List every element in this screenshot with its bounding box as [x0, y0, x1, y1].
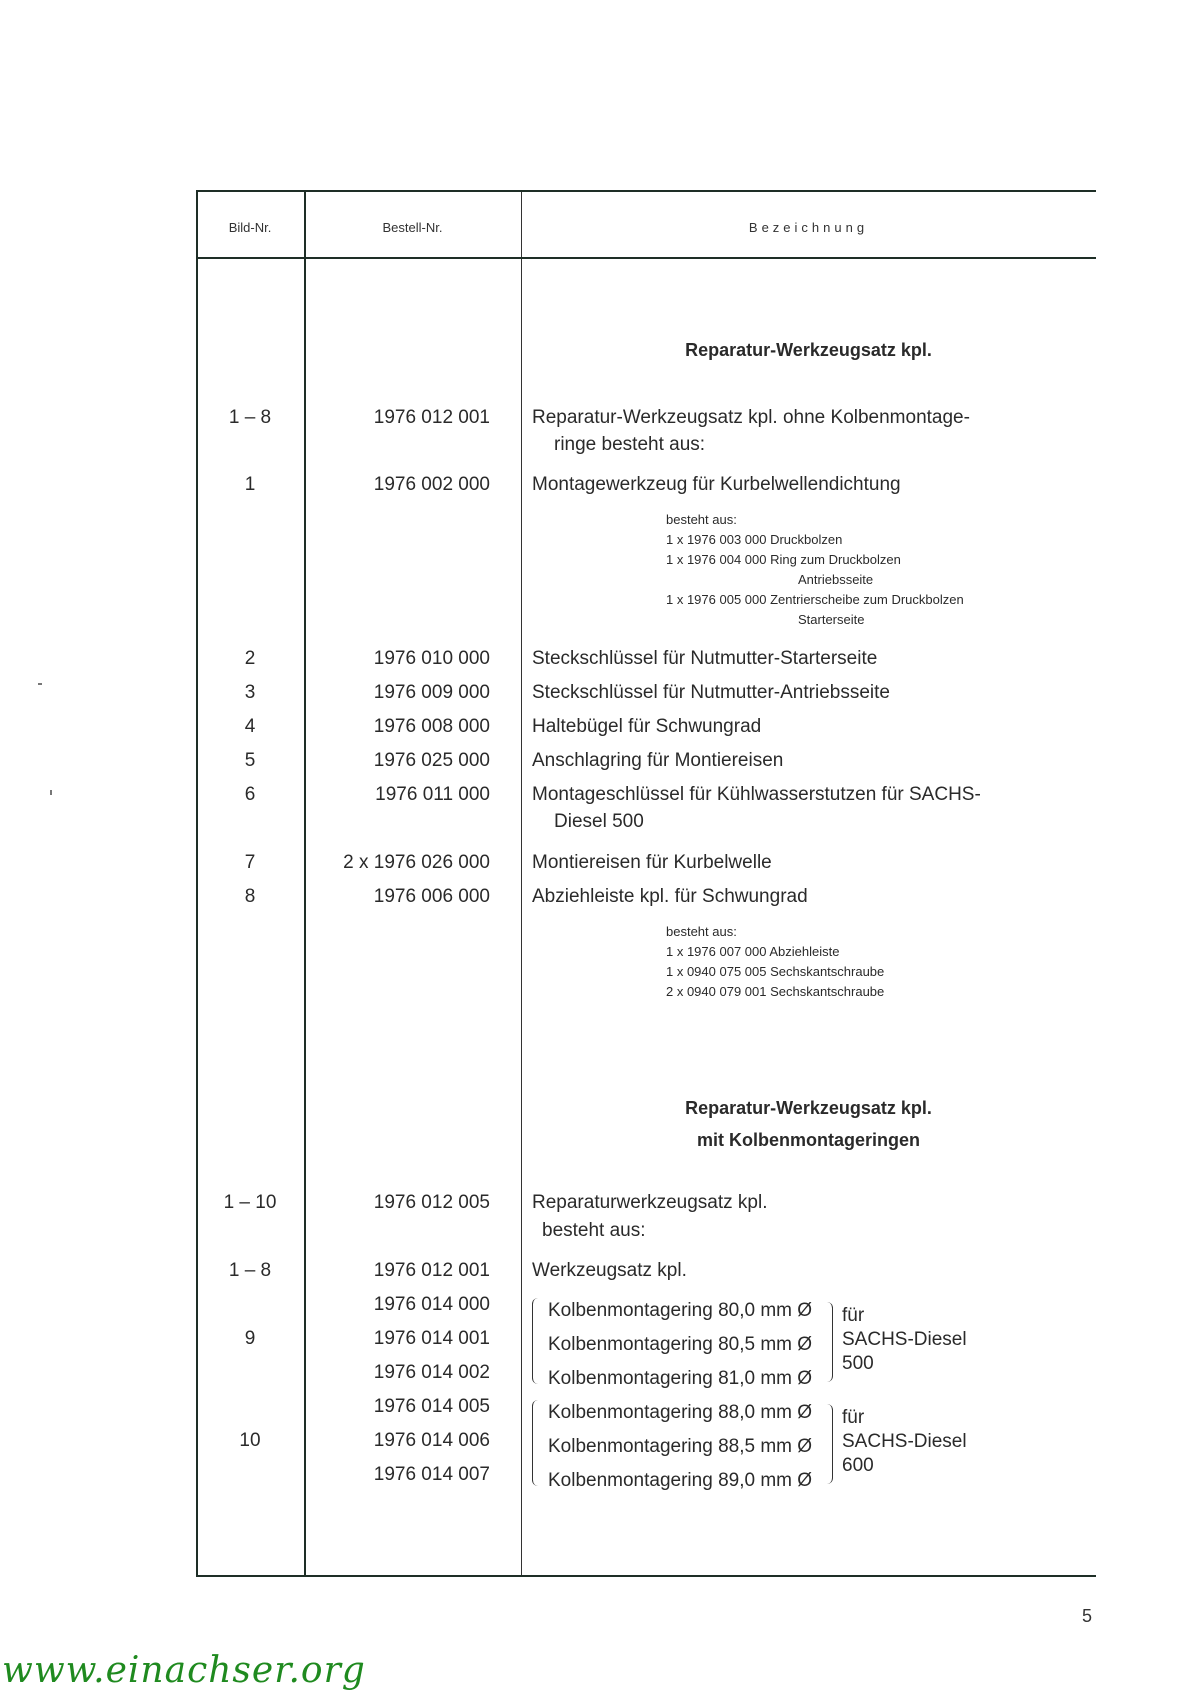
header-bezeichnung: Bezeichnung	[521, 220, 1096, 235]
header-bestell-nr: Bestell-Nr.	[304, 220, 521, 235]
group10-items: Kolbenmontagering 88,0 mm Ø Kolbenmontag…	[548, 1396, 812, 1498]
left-brace-10	[532, 1400, 539, 1486]
group10-note: für SACHS-Diesel 600	[842, 1406, 967, 1478]
header-bild-nr: Bild-Nr.	[196, 220, 304, 235]
section2-title: Reparatur-Werkzeugsatz kpl. mit Kolbenmo…	[521, 1092, 1096, 1156]
scan-speck	[50, 790, 52, 795]
sub-list-8: besteht aus: 1 x 1976 007 000 Abziehleis…	[666, 922, 884, 1002]
scan-speck	[38, 683, 42, 685]
watermark-link[interactable]: www.einachser.org	[2, 1650, 366, 1691]
column-divider-2	[521, 192, 522, 1575]
right-brace-10	[826, 1404, 833, 1484]
right-brace-9	[826, 1302, 833, 1382]
table-border-left	[196, 192, 198, 1575]
section1-title: Reparatur-Werkzeugsatz kpl.	[521, 334, 1096, 366]
page-number: 5	[1082, 1606, 1092, 1627]
left-brace-9	[532, 1298, 539, 1384]
header-rule	[196, 257, 1096, 259]
sub-list-1: besteht aus: 1 x 1976 003 000 Druckbolze…	[666, 510, 964, 630]
parts-table: Bild-Nr. Bestell-Nr. Bezeichnung Reparat…	[196, 190, 1096, 1577]
group9-items: Kolbenmontagering 80,0 mm Ø Kolbenmontag…	[548, 1294, 812, 1396]
group9-note: für SACHS-Diesel 500	[842, 1304, 967, 1376]
